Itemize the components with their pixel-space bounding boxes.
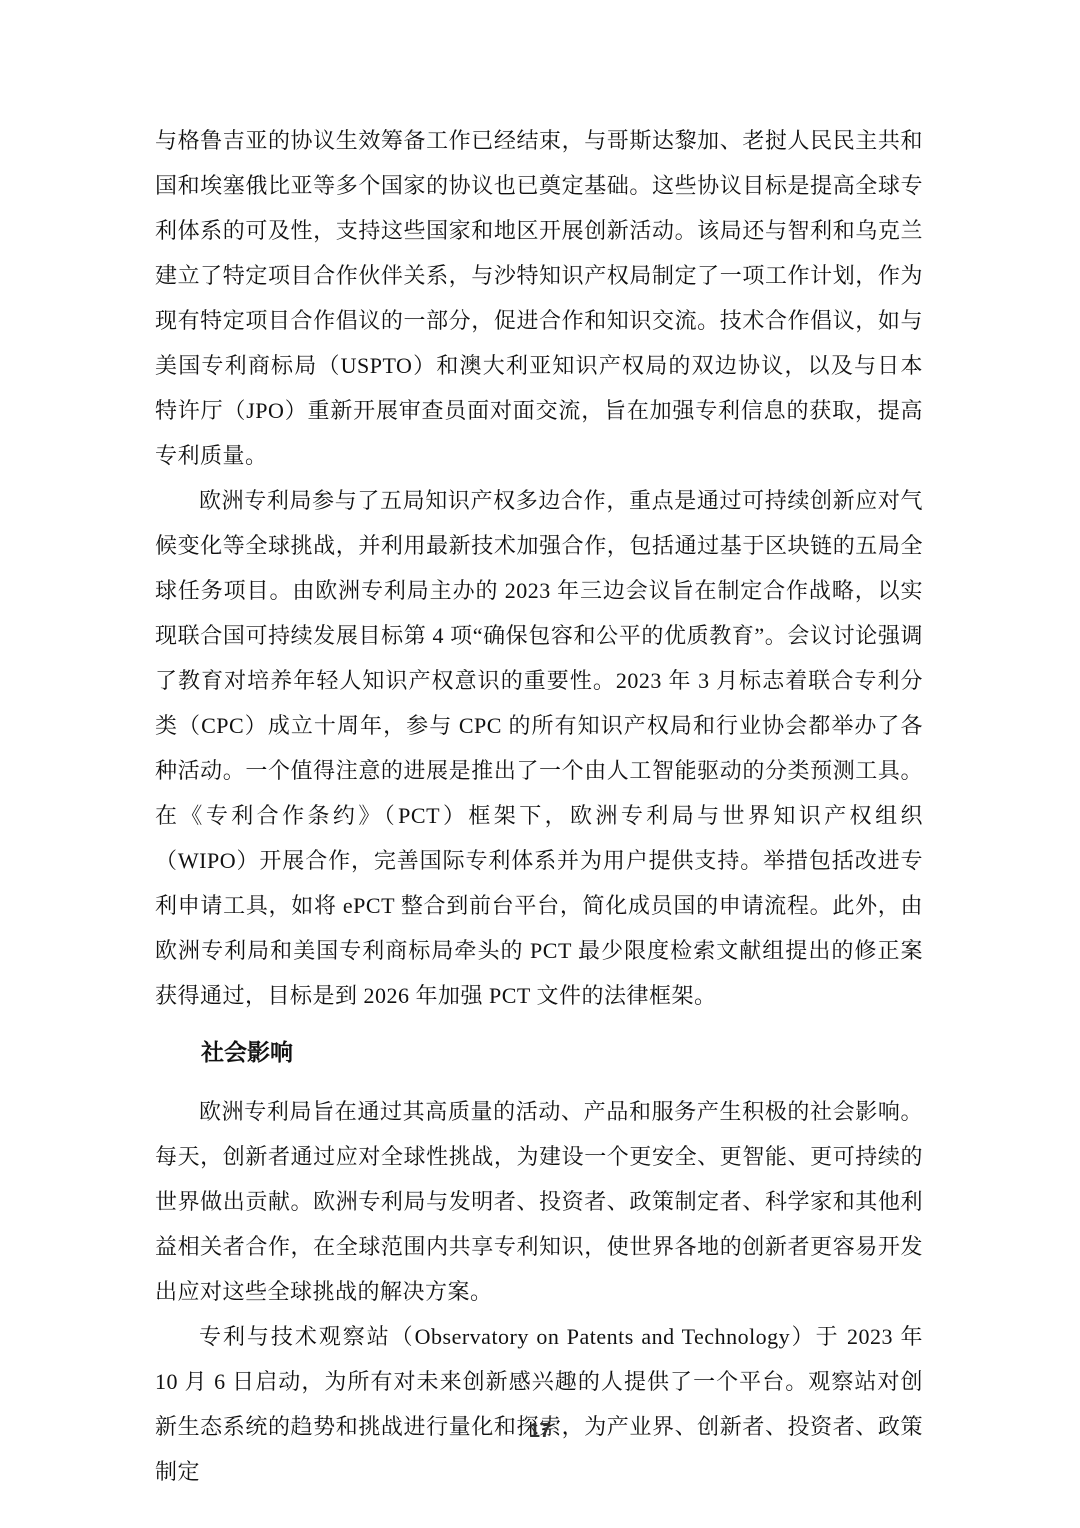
document-page: 与格鲁吉亚的协议生效筹备工作已经结束，与哥斯达黎加、老挝人民民主共和国和埃塞俄比… [0,0,1080,1528]
paragraph-social-impact: 欧洲专利局旨在通过其高质量的活动、产品和服务产生积极的社会影响。每天，创新者通过… [155,1089,923,1314]
page-number: 17 [0,1420,1080,1443]
paragraph-observatory: 专利与技术观察站（Observatory on Patents and Tech… [155,1314,923,1494]
paragraph-ip5-cooperation: 欧洲专利局参与了五局知识产权多边合作，重点是通过可持续创新应对气候变化等全球挑战… [155,478,923,1018]
paragraph-cooperation-agreements: 与格鲁吉亚的协议生效筹备工作已经结束，与哥斯达黎加、老挝人民民主共和国和埃塞俄比… [155,118,923,478]
section-heading-social-impact: 社会影响 [155,1030,923,1075]
page-content: 与格鲁吉亚的协议生效筹备工作已经结束，与哥斯达黎加、老挝人民民主共和国和埃塞俄比… [155,118,923,1494]
